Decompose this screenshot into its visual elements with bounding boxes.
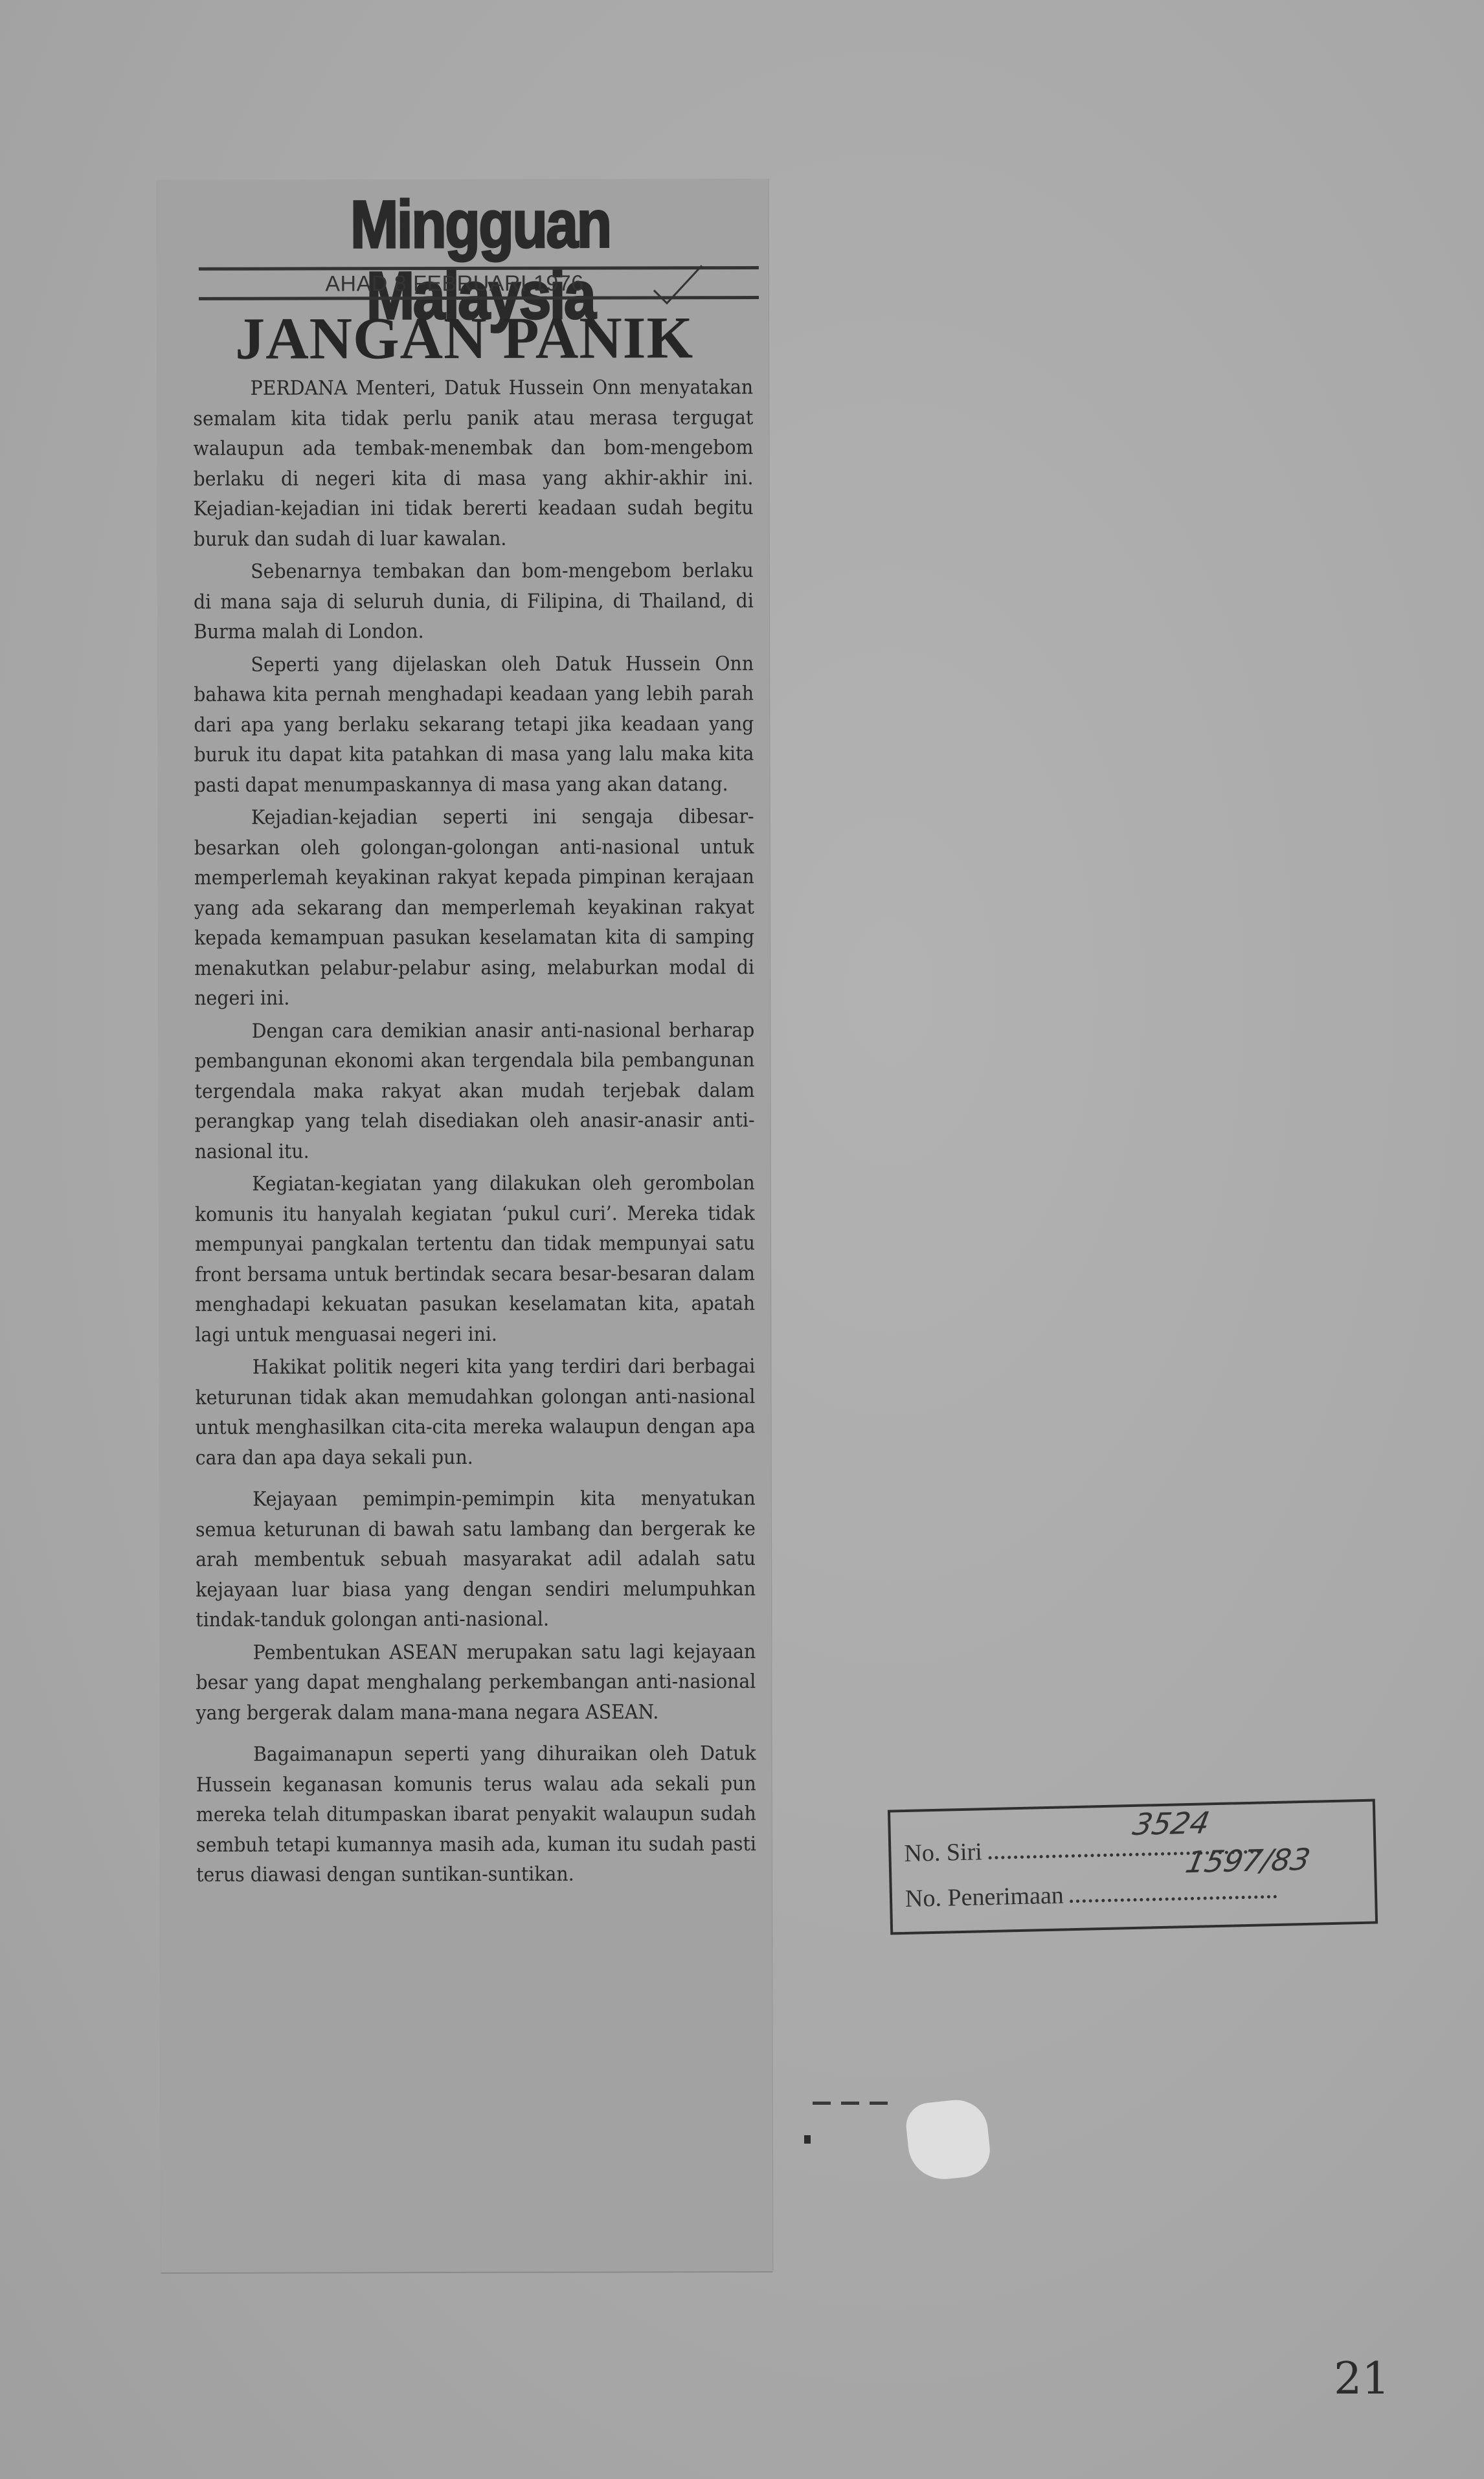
- newspaper-clipping: Mingguan Malaysia AHAD 8 FEBRUARI 1976 J…: [157, 179, 773, 2272]
- receipt-row: No. Penerimaan: [905, 1876, 1277, 1913]
- archive-stamp: 3524 No. Siri 1597/83 No. Penerimaan: [888, 1799, 1378, 1935]
- ink-blot: [804, 2135, 811, 2144]
- correction-patch: [904, 2097, 993, 2182]
- pencil-dash-marks: [813, 2096, 898, 2108]
- paragraph: Kegiatan-kegiatan yang dilakukan oleh ge…: [195, 1169, 755, 1351]
- paragraph: PERDANA Menteri, Datuk Hussein Onn menya…: [193, 373, 753, 555]
- paragraph: Sebenarnya tembakan dan bom-mengebom ber…: [194, 556, 754, 647]
- check-mark-icon: [649, 263, 707, 308]
- paragraph: Seperti yang dijelaskan oleh Datuk Husse…: [194, 649, 754, 801]
- paragraph: Kejayaan pemimpin-pemimpin kita menyatuk…: [196, 1484, 756, 1635]
- paragraph: Hakikat politik negeri kita yang terdiri…: [195, 1352, 755, 1474]
- paragraph: Kejadian-kejadian seperti ini sengaja di…: [194, 802, 755, 1014]
- dateline: AHAD 8 FEBRUARI 1976: [254, 270, 655, 297]
- paragraph: Dengan cara demikian anasir anti-nasiona…: [194, 1016, 754, 1167]
- receipt-dotted-line: [1070, 1891, 1277, 1903]
- receipt-label: No. Penerimaan: [905, 1881, 1064, 1913]
- paragraph: Bagaimanapun seperti yang dihuraikan ole…: [196, 1739, 756, 1890]
- headline: JANGAN PANIK: [183, 305, 746, 371]
- article-body: PERDANA Menteri, Datuk Hussein Onn menya…: [193, 373, 756, 1890]
- receipt-number-handwritten: 1597/83: [1183, 1842, 1313, 1880]
- serial-label: No. Siri: [904, 1838, 982, 1867]
- page-number: 21: [1334, 2353, 1390, 2405]
- paragraph: Pembentukan ASEAN merupakan satu lagi ke…: [196, 1637, 756, 1729]
